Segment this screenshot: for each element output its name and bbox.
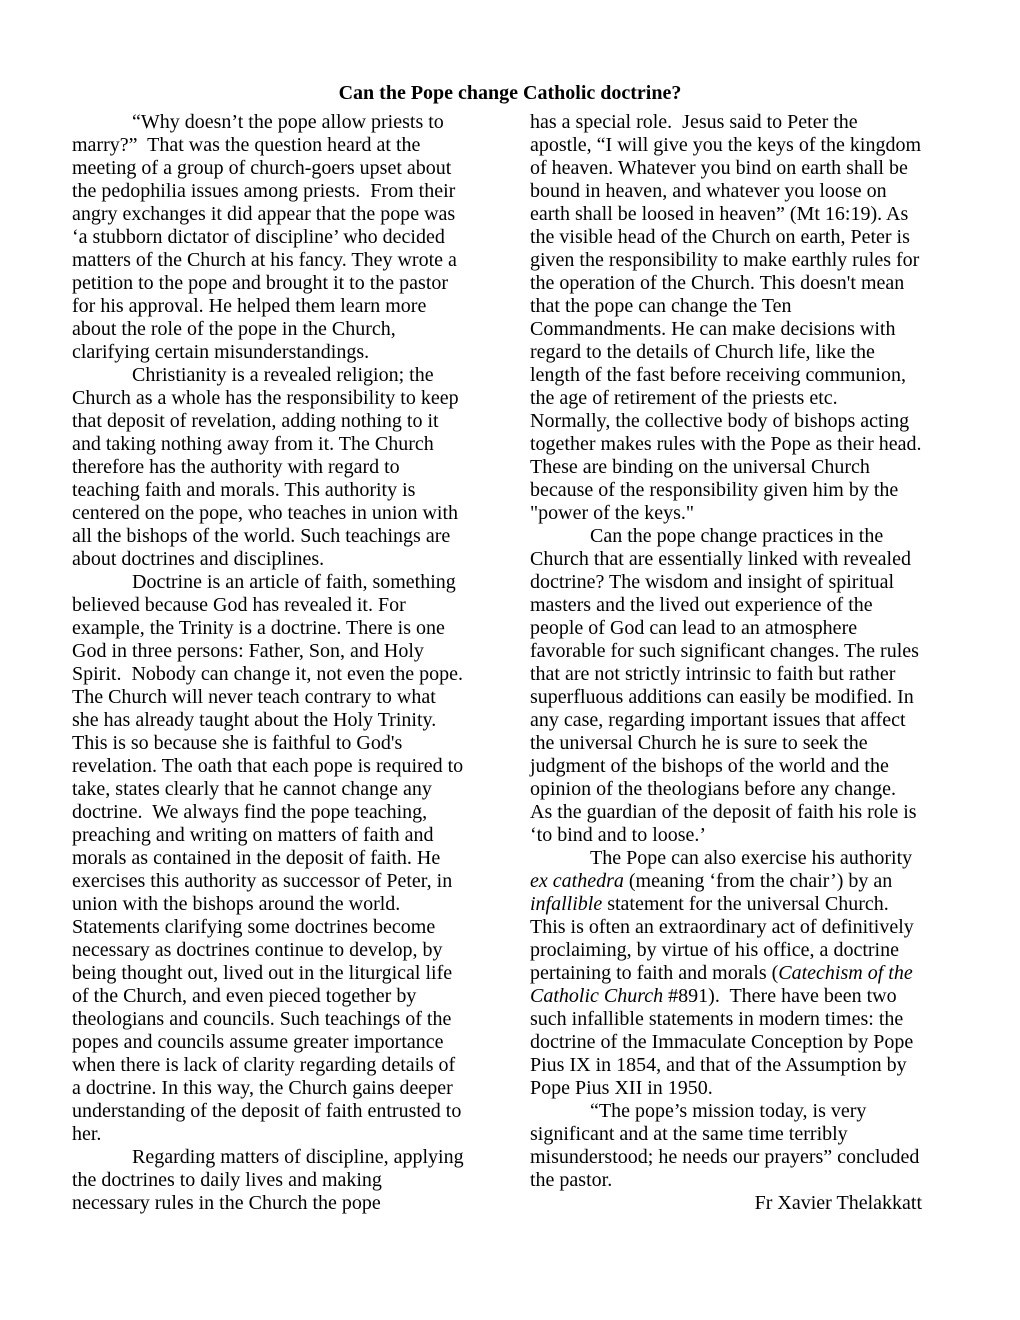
right-column: has a special role. Jesus said to Peter … bbox=[530, 111, 922, 1215]
italic-text-run: infallible bbox=[530, 893, 602, 915]
author-signature: Fr Xavier Thelakkatt bbox=[530, 1192, 922, 1215]
text-run: (meaning ‘from the chair’) by an bbox=[624, 870, 897, 892]
paragraph-practices: Can the pope change practices in the Chu… bbox=[530, 525, 922, 847]
text-run: has a special role. Jesus said to Peter … bbox=[530, 111, 926, 524]
text-run: The Pope can also exercise his authority bbox=[590, 847, 917, 869]
text-run: Fr Xavier Thelakkatt bbox=[755, 1192, 922, 1214]
article-title: Can the Pope change Catholic doctrine? bbox=[72, 82, 948, 105]
paragraph-ex-cathedra: The Pope can also exercise his authority… bbox=[530, 847, 922, 1100]
paragraph-intro: “Why doesn’t the pope allow priests to m… bbox=[72, 111, 464, 364]
italic-text-run: ex cathedra bbox=[530, 870, 624, 892]
paragraph-conclusion: “The pope’s mission today, is very signi… bbox=[530, 1100, 922, 1192]
two-column-layout: “Why doesn’t the pope allow priests to m… bbox=[72, 111, 948, 1215]
text-run: “The pope’s mission today, is very signi… bbox=[530, 1100, 924, 1191]
left-column: “Why doesn’t the pope allow priests to m… bbox=[72, 111, 464, 1215]
paragraph-discipline-start: Regarding matters of discipline, applyin… bbox=[72, 1146, 464, 1215]
paragraph-discipline-continued: has a special role. Jesus said to Peter … bbox=[530, 111, 922, 525]
text-run: Regarding matters of discipline, applyin… bbox=[72, 1146, 469, 1214]
text-run: Christianity is a revealed religion; the… bbox=[72, 364, 464, 570]
text-run: Doctrine is an article of faith, somethi… bbox=[72, 571, 468, 1145]
paragraph-doctrine: Doctrine is an article of faith, somethi… bbox=[72, 571, 464, 1146]
text-run: “Why doesn’t the pope allow priests to m… bbox=[72, 111, 462, 363]
document-page: Can the Pope change Catholic doctrine? “… bbox=[0, 0, 1020, 1320]
paragraph-revealed-religion: Christianity is a revealed religion; the… bbox=[72, 364, 464, 571]
text-run: Can the pope change practices in the Chu… bbox=[530, 525, 924, 846]
